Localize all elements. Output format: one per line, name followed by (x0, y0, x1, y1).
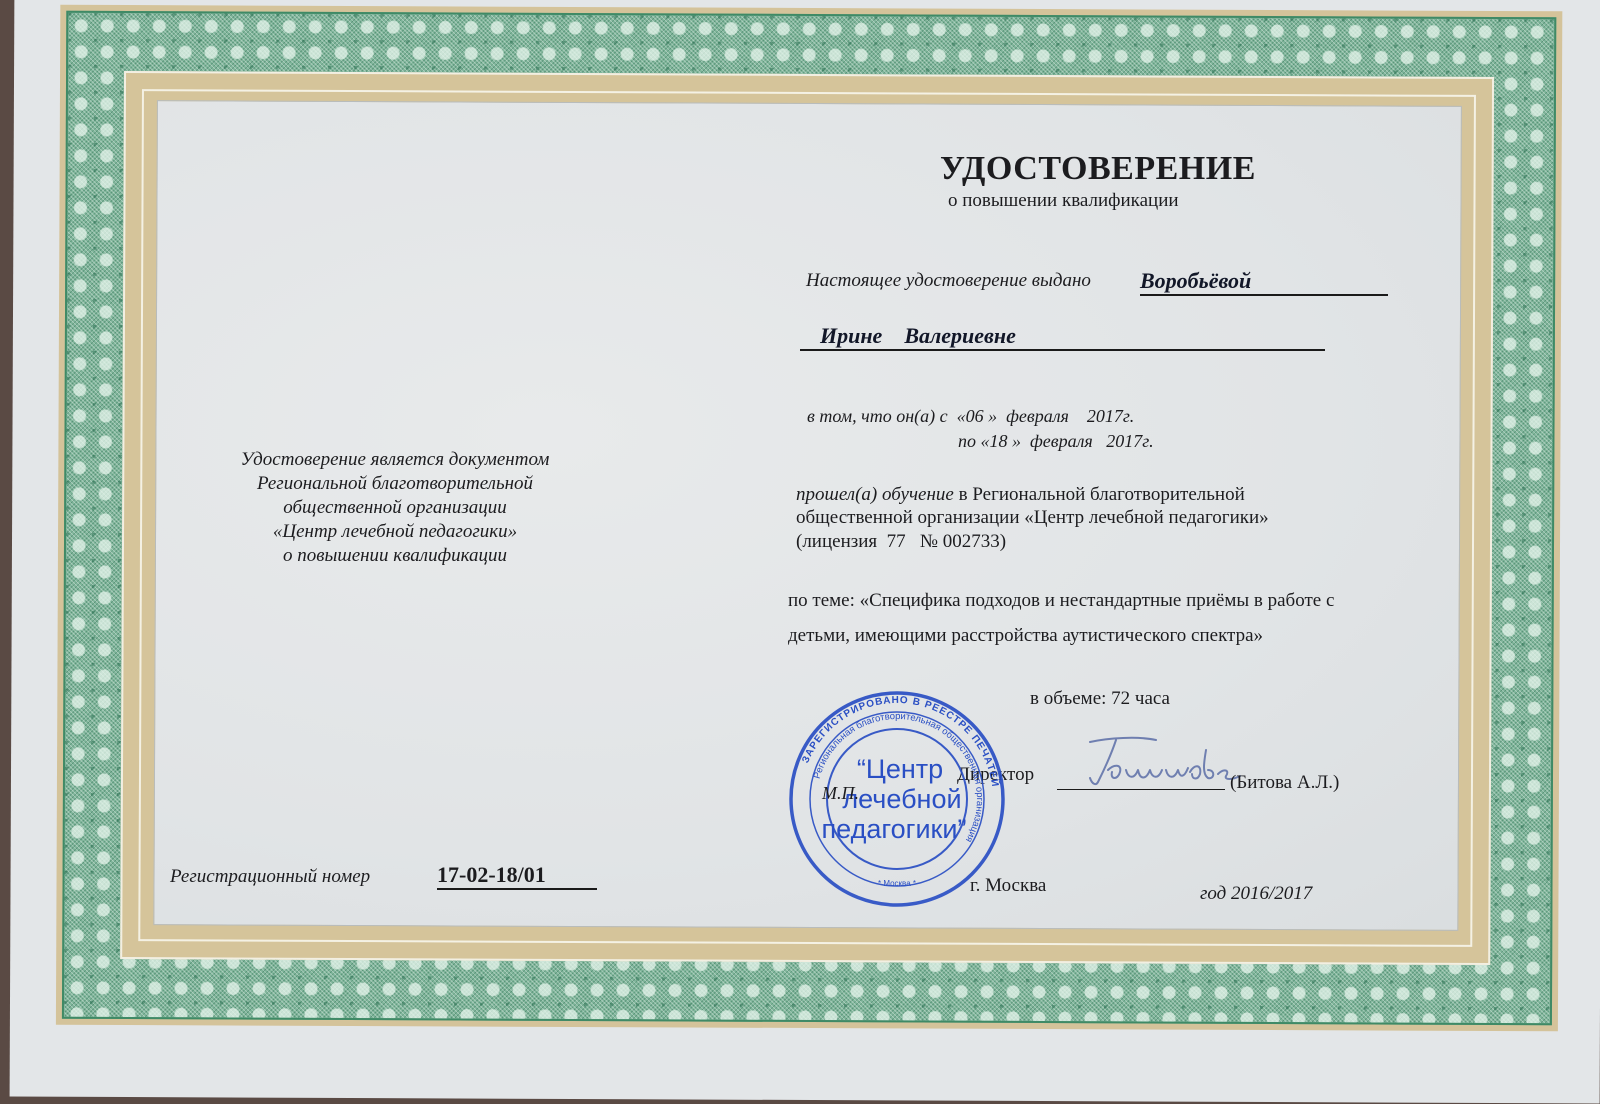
left-note-line: «Центр лечебной педагогики» (190, 520, 600, 544)
academic-year: год 2016/2017 (1200, 883, 1312, 905)
city: г. Москва (970, 875, 1046, 897)
svg-text:педагогики”: педагогики” (822, 814, 967, 844)
topic-line-1: по теме: «Специфика подходов и нестандар… (788, 590, 1334, 612)
document-title: УДОСТОВЕРЕНИЕ (940, 150, 1256, 188)
director-name: (Битова А.Л.) (1230, 772, 1339, 794)
recipient-surname: Воробьёвой (1140, 268, 1388, 296)
svg-text:* Москва *: * Москва * (878, 879, 916, 888)
training-italic: прошел(а) обучение (796, 484, 954, 505)
document-subtitle: о повышении квалификации (948, 190, 1179, 212)
left-note: Удостоверение является документом Регион… (190, 448, 600, 568)
license-line: (лицензия 77 № 002733) (796, 531, 1006, 553)
left-note-line: о повышении квалификации (190, 544, 600, 568)
topic-line-2: детьми, имеющими расстройства аутистичес… (788, 625, 1263, 647)
seal-placeholder-label: М.П. (822, 783, 859, 804)
issued-to-label: Настоящее удостоверение выдано (806, 270, 1091, 292)
signature-icon (1068, 730, 1248, 790)
recipient-given-names: Ирине Валериевне (800, 323, 1325, 351)
training-line-2: общественной организации «Центр лечебной… (796, 507, 1269, 529)
left-note-line: Региональной благотворительной (190, 472, 600, 496)
registration-number: 17-02-18/01 (437, 862, 597, 890)
given-names-text: Ирине Валериевне (820, 323, 1016, 348)
svg-text:“Центр: “Центр (857, 754, 943, 784)
registration-label: Регистрационный номер (170, 866, 370, 888)
left-note-line: общественной организации (190, 496, 600, 520)
hours: в объеме: 72 часа (1030, 688, 1170, 710)
svg-text:лечебной: лечебной (842, 784, 961, 814)
training-line-1: прошел(а) обучение в Региональной благот… (796, 484, 1245, 506)
period-to: по «18 » февраля 2017г. (958, 431, 1154, 452)
period-from: в том, что он(а) с «06 » февраля 2017г. (807, 406, 1134, 427)
left-note-line: Удостоверение является документом (190, 448, 600, 472)
training-rest: в Региональной благотворительной (954, 484, 1245, 505)
